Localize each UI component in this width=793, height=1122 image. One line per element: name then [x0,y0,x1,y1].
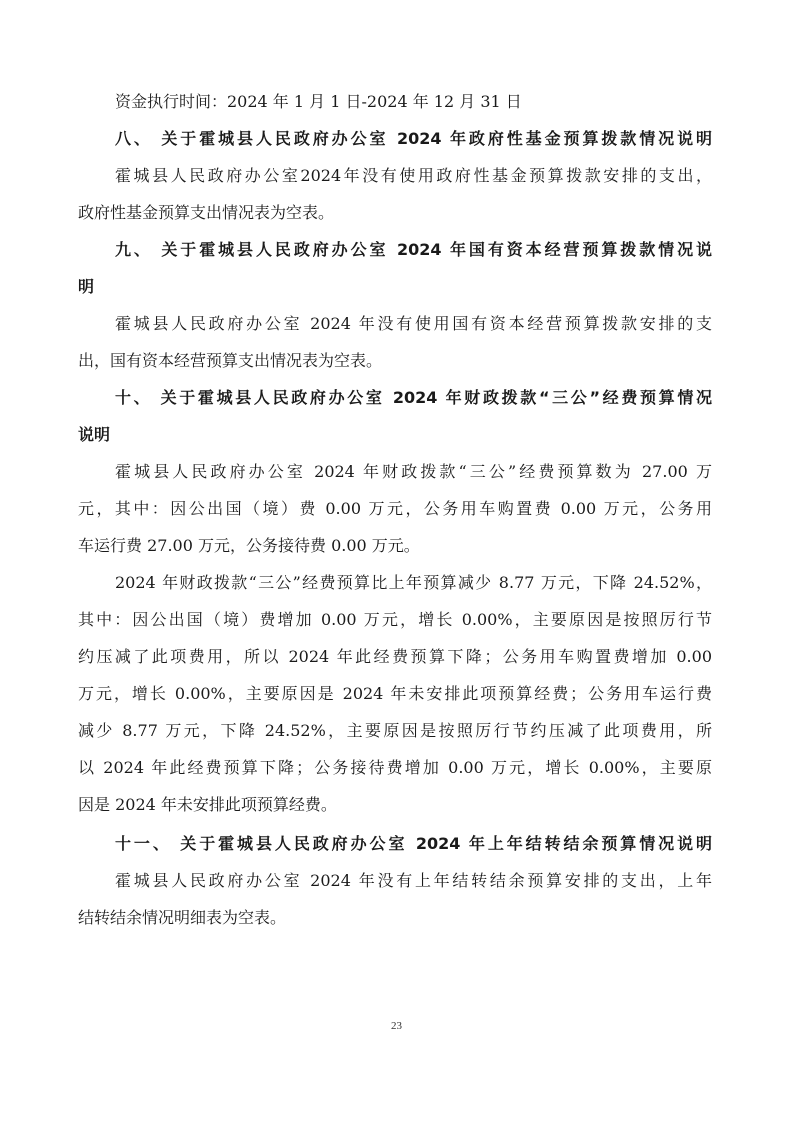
paragraph-line: 其中：因公出国（境）费增加 0.00 万元，增长 0.00%，主要原因是按照厉行… [78,602,712,638]
paragraph-line: 因是 2024 年未安排此项预算经费。 [78,787,712,823]
paragraph-line: 以 2024 年此经费预算下降；公务接待费增加 0.00 万元，增长 0.00%… [78,750,712,786]
section-heading-9-cont: 明 [78,269,712,305]
paragraph-line: 元，其中：因公出国（境）费 0.00 万元，公务用车购置费 0.00 万元，公务… [78,491,712,527]
paragraph-line: 政府性基金预算支出情况表为空表。 [78,195,712,231]
paragraph-line: 出，国有资本经营预算支出情况表为空表。 [78,343,712,379]
section-heading-10-cont: 说明 [78,417,712,453]
paragraph-line: 霍城县人民政府办公室 2024 年没有上年结转结余预算安排的支出，上年 [115,863,712,899]
paragraph-line: 车运行费 27.00 万元，公务接待费 0.00 万元。 [78,528,712,564]
paragraph-line: 结转结余情况明细表为空表。 [78,900,712,936]
paragraph-line: 约压减了此项费用，所以 2024 年此经费预算下降；公务用车购置费增加 0.00 [78,639,712,675]
paragraph-line: 减少 8.77 万元，下降 24.52%，主要原因是按照厉行节约压减了此项费用，… [78,713,712,749]
page-number: 23 [0,1020,793,1032]
section-heading-9: 九、 关于霍城县人民政府办公室 2024 年国有资本经营预算拨款情况说 [115,232,712,268]
fund-execution-period: 资金执行时间：2024 年 1 月 1 日-2024 年 12 月 31 日 [115,84,712,120]
section-heading-8: 八、 关于霍城县人民政府办公室 2024 年政府性基金预算拨款情况说明 [115,121,712,157]
paragraph-line: 霍城县人民政府办公室 2024 年财政拨款“三公”经费预算数为 27.00 万 [115,454,712,490]
paragraph-line: 万元，增长 0.00%，主要原因是 2024 年未安排此项预算经费；公务用车运行… [78,676,712,712]
paragraph-line: 霍城县人民政府办公室 2024 年没有使用国有资本经营预算拨款安排的支 [115,306,712,342]
paragraph-line: 霍城县人民政府办公室2024年没有使用政府性基金预算拨款安排的支出， [115,158,712,194]
section-heading-11: 十一、 关于霍城县人民政府办公室 2024 年上年结转结余预算情况说明 [115,826,712,862]
section-heading-10: 十、 关于霍城县人民政府办公室 2024 年财政拨款“三公”经费预算情况 [115,380,712,416]
paragraph-line: 2024 年财政拨款“三公”经费预算比上年预算减少 8.77 万元，下降 24.… [115,565,712,601]
